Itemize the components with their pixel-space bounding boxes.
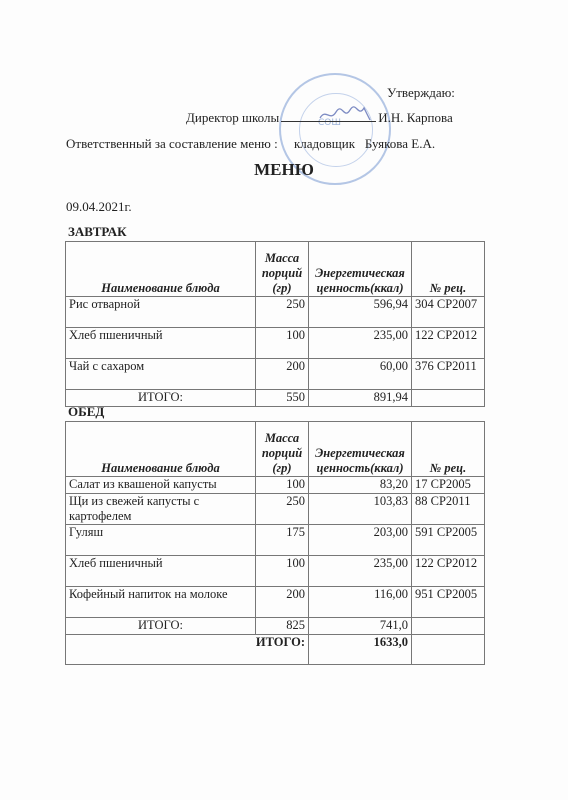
total-recipe (412, 390, 485, 407)
cell-recipe: 122 СР2012 (412, 556, 485, 587)
cell-recipe: 88 СР2011 (412, 494, 485, 525)
lunch-total-row: ИТОГО: 825 741,0 (66, 618, 485, 635)
total-recipe (412, 618, 485, 635)
table-header: Наименование блюда Масса порций (гр) Эне… (66, 422, 485, 477)
cell-recipe: 122 СР2012 (412, 328, 485, 359)
total-energy: 891,94 (309, 390, 412, 407)
lunch-table: Наименование блюда Масса порций (гр) Эне… (65, 421, 485, 665)
breakfast-table: Наименование блюда Масса порций (гр) Эне… (65, 241, 485, 407)
col-mass-header: Масса порций (гр) (256, 242, 309, 297)
signature-line (281, 110, 376, 122)
cell-energy: 203,00 (309, 525, 412, 556)
cell-name: Кофейный напиток на молоке (66, 587, 256, 618)
cell-recipe: 17 СР2005 (412, 477, 485, 494)
cell-mass: 200 (256, 587, 309, 618)
table-header: Наименование блюда Масса порций (гр) Эне… (66, 242, 485, 297)
responsible-role: кладовщик (294, 136, 355, 151)
total-energy: 741,0 (309, 618, 412, 635)
col-recipe-header: № рец. (412, 242, 485, 297)
cell-energy: 116,00 (309, 587, 412, 618)
cell-name: Рис отварной (66, 297, 256, 328)
total-mass: 550 (256, 390, 309, 407)
grand-total-row: ИТОГО: 1633,0 (66, 635, 485, 665)
col-recipe-header: № рец. (412, 422, 485, 477)
approval-label: Утверждаю: (387, 85, 455, 101)
table-row: Чай с сахаром20060,00376 СР2011 (66, 359, 485, 390)
col-name-header: Наименование блюда (66, 422, 256, 477)
cell-energy: 596,94 (309, 297, 412, 328)
table-row: Салат из квашеной капусты10083,2017 СР20… (66, 477, 485, 494)
cell-recipe: 591 СР2005 (412, 525, 485, 556)
cell-energy: 60,00 (309, 359, 412, 390)
total-label: ИТОГО: (66, 618, 256, 635)
menu-date: 09.04.2021г. (66, 199, 132, 215)
breakfast-total-row: ИТОГО: 550 891,94 (66, 390, 485, 407)
cell-mass: 100 (256, 328, 309, 359)
col-mass-header: Масса порций (гр) (256, 422, 309, 477)
grand-total-energy: 1633,0 (309, 635, 412, 665)
cell-name: Хлеб пшеничный (66, 556, 256, 587)
col-energy-header: Энергетическая ценность(ккал) (309, 242, 412, 297)
cell-recipe: 951 СР2005 (412, 587, 485, 618)
table-row: Щи из свежей капусты с картофелем250103,… (66, 494, 485, 525)
cell-energy: 103,83 (309, 494, 412, 525)
cell-mass: 250 (256, 494, 309, 525)
table-row: Кофейный напиток на молоке200116,00951 С… (66, 587, 485, 618)
responsible-name: Буякова Е.А. (365, 136, 435, 151)
col-energy-header: Энергетическая ценность(ккал) (309, 422, 412, 477)
table-row: Гуляш175203,00591 СР2005 (66, 525, 485, 556)
cell-mass: 250 (256, 297, 309, 328)
responsible-line: Ответственный за составление меню : клад… (66, 136, 435, 152)
cell-mass: 100 (256, 556, 309, 587)
table-row: Хлеб пшеничный100235,00122 СР2012 (66, 328, 485, 359)
section-lunch-title: ОБЕД (68, 404, 104, 420)
cell-mass: 175 (256, 525, 309, 556)
cell-mass: 200 (256, 359, 309, 390)
director-name: И.Н. Карпова (378, 110, 453, 125)
grand-total-recipe (412, 635, 485, 665)
grand-total-label: ИТОГО: (66, 635, 309, 665)
table-row: Рис отварной250596,94304 СР2007 (66, 297, 485, 328)
director-label: Директор школы (186, 110, 279, 125)
cell-energy: 83,20 (309, 477, 412, 494)
director-line: Директор школыИ.Н. Карпова (186, 110, 453, 126)
cell-mass: 100 (256, 477, 309, 494)
cell-name: Хлеб пшеничный (66, 328, 256, 359)
responsible-label: Ответственный за составление меню : (66, 136, 278, 151)
cell-name: Щи из свежей капусты с картофелем (66, 494, 256, 525)
col-name-header: Наименование блюда (66, 242, 256, 297)
cell-energy: 235,00 (309, 556, 412, 587)
cell-name: Гуляш (66, 525, 256, 556)
cell-recipe: 304 СР2007 (412, 297, 485, 328)
table-row: Хлеб пшеничный100235,00122 СР2012 (66, 556, 485, 587)
total-mass: 825 (256, 618, 309, 635)
cell-name: Чай с сахаром (66, 359, 256, 390)
section-breakfast-title: ЗАВТРАК (68, 224, 127, 240)
cell-energy: 235,00 (309, 328, 412, 359)
page-title: МЕНЮ (0, 160, 568, 180)
cell-name: Салат из квашеной капусты (66, 477, 256, 494)
cell-recipe: 376 СР2011 (412, 359, 485, 390)
